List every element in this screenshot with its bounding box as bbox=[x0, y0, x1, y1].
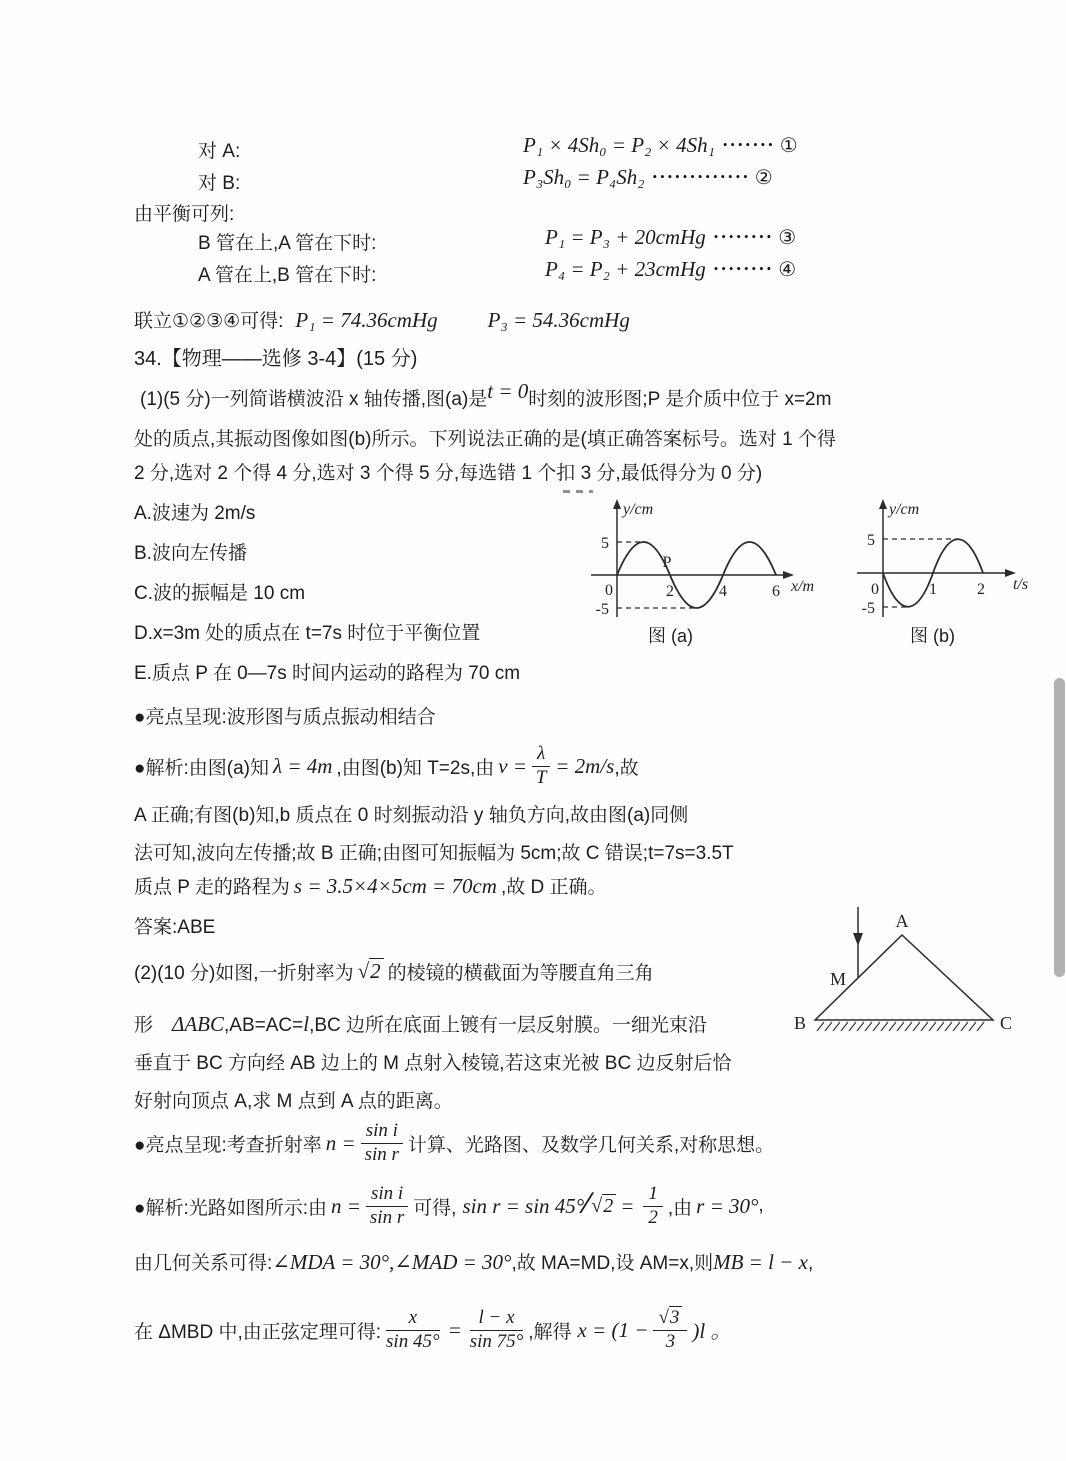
part1-line1: (1)(5 分)一列简谐横波沿 x 轴传播,图(a)是t = 0时刻的波形图;P… bbox=[140, 384, 831, 411]
point-p-label: P bbox=[663, 554, 672, 571]
eq-row-a-label: 对 A: bbox=[198, 136, 240, 163]
sqrt-2: √2 bbox=[591, 1195, 616, 1218]
fig-b-ytick-pos: 5 bbox=[867, 532, 875, 549]
eq-row-4-label: A 管在上,B 管在下时: bbox=[198, 260, 376, 287]
option-a: A.波速为 2m/s bbox=[134, 498, 255, 525]
sini-over-sinr: sin isin r bbox=[366, 1184, 408, 1228]
circled-3: ③ bbox=[778, 225, 796, 249]
lminusx-over-sin75: l − xsin 75° bbox=[470, 1308, 524, 1352]
vertex-b-label: B bbox=[794, 1013, 806, 1033]
division-slash: ∕ bbox=[585, 1189, 590, 1219]
conclusion-line: 联立①②③④可得:P₁ = 74.36cmHgP₃ = 54.36cmHg bbox=[134, 306, 630, 333]
part2-line3: 垂直于 BC 方向经 AB 边上的 M 点射入棱镜,若这束光被 BC 边反射后恰 bbox=[134, 1048, 731, 1075]
option-b: B.波向左传播 bbox=[134, 538, 247, 565]
t0-formula: t = 0 bbox=[487, 379, 528, 403]
reflective-film-hatching bbox=[817, 1022, 984, 1031]
document-page: 对 A: P₁ × 4Sh₀ = P₂ × 4Sh₁•••••••① 对 B: … bbox=[0, 0, 1066, 1461]
sqrt3-over-3: √33 bbox=[653, 1308, 687, 1352]
circled-1: ① bbox=[780, 133, 798, 157]
option-c: C.波的振幅是 10 cm bbox=[134, 578, 305, 605]
analysis-1-line2: A 正确;有图(b)知,b 质点在 0 时刻振动沿 y 轴负方向,故由图(a)同… bbox=[134, 800, 688, 827]
point-m-label: M bbox=[830, 969, 846, 989]
highlight-2: ●亮点呈现:考查折射率n =sin isin r计算、光路图、及数学几何关系,对… bbox=[134, 1117, 774, 1169]
dot-leader: ••••••• bbox=[723, 137, 776, 152]
eq-row-b-formula: P₃Sh₀ = P₄Sh₂•••••••••••••② bbox=[523, 165, 773, 190]
dot-leader: •••••••• bbox=[714, 261, 774, 276]
fig-b-ytick-neg: -5 bbox=[862, 600, 875, 617]
highlight-1: ●亮点呈现:波形图与质点振动相结合 bbox=[134, 702, 436, 729]
ray-arrowhead bbox=[853, 933, 863, 946]
prism-diagram: A B C M bbox=[780, 895, 1040, 1045]
fig-b-caption: 图 (b) bbox=[910, 622, 955, 648]
vertex-c-label: C bbox=[1000, 1013, 1012, 1033]
scrollbar-thumb[interactable] bbox=[1054, 678, 1065, 977]
question-heading: 34.【物理——选修 3-4】(15 分) bbox=[134, 342, 417, 371]
part2-line1: (2)(10 分)如图,一折射率为√2的棱镜的横截面为等腰直角三角 bbox=[134, 950, 654, 992]
y-axis-arrow bbox=[879, 499, 887, 509]
dot-leader: •••••••• bbox=[714, 229, 774, 244]
fig-a-ytick-pos: 5 bbox=[601, 535, 609, 552]
fig-b-xtick-0: 0 bbox=[871, 581, 879, 598]
part1-line3: 2 分,选对 2 个得 4 分,选对 3 个得 5 分,每选错 1 个扣 3 分… bbox=[134, 458, 762, 485]
circled-4: ④ bbox=[778, 257, 796, 281]
fig-a-ylabel: y/cm bbox=[621, 501, 653, 518]
part2-line2: 形 ΔABC,AB=AC=l,BC 边所在底面上镀有一层反射膜。一细光束沿 bbox=[134, 1010, 707, 1037]
part2-line4: 好射向顶点 A,求 M 点到 A 点的距离。 bbox=[134, 1086, 453, 1113]
analysis-1-line1: ●解析:由图(a)知λ = 4m,由图(b)知 T=2s,由v =λT= 2m/… bbox=[134, 740, 639, 792]
analysis-2-line3: 在 ΔMBD 中,由正弦定理可得:xsin 45°=l − xsin 75°,解… bbox=[134, 1298, 731, 1362]
waveform-chart-a: 5 -5 0 2 4 6 y/cm x/m P bbox=[575, 492, 825, 622]
y-axis-arrow bbox=[613, 499, 621, 509]
fig-b-xtick-2: 2 bbox=[977, 581, 985, 598]
fig-a-ytick-neg: -5 bbox=[596, 601, 609, 618]
p3-result: P₃ = 54.36cmHg bbox=[488, 308, 630, 332]
sqrt-2: √2 bbox=[358, 959, 384, 984]
lambda-over-T: λT bbox=[532, 744, 550, 788]
analysis-2-line2: 由几何关系可得:∠MDA = 30°,∠MAD = 30°,故 MA=MD,设 … bbox=[134, 1248, 813, 1275]
waveform-chart-b: 5 -5 0 1 2 y/cm t/s bbox=[845, 492, 1045, 622]
option-d: D.x=3m 处的质点在 t=7s 时位于平衡位置 bbox=[134, 618, 480, 645]
analysis-1-line3: 法可知,波向左传播;故 B 正确;由图可知振幅为 5cm;故 C 错误;t=7s… bbox=[134, 838, 734, 865]
eq-row-a-formula: P₁ × 4Sh₀ = P₂ × 4Sh₁•••••••① bbox=[523, 133, 798, 158]
eq-row-3-label: B 管在上,A 管在下时: bbox=[198, 228, 376, 255]
fig-a-xlabel: x/m bbox=[790, 578, 814, 595]
answer-line: 答案:ABE bbox=[134, 912, 215, 939]
x-over-sin45: xsin 45° bbox=[386, 1308, 440, 1352]
fig-a-xtick-6: 6 bbox=[772, 583, 780, 600]
option-e: E.质点 P 在 0—7s 时间内运动的路程为 70 cm bbox=[134, 658, 520, 685]
fig-b-xtick-1: 1 bbox=[929, 581, 937, 598]
part1-line2: 处的质点,其振动图像如图(b)所示。下列说法正确的是(填正确答案标号。选对 1 … bbox=[134, 424, 836, 451]
sini-over-sinr: sin isin r bbox=[361, 1121, 403, 1165]
one-half-fraction: 12 bbox=[643, 1184, 663, 1228]
fig-a-xtick-2: 2 bbox=[666, 583, 674, 600]
analysis-2-line1: ●解析:光路如图所示:由n =sin isin r可得,sin r = sin … bbox=[134, 1178, 764, 1234]
eq-row-4-formula: P₄ = P₂ + 23cmHg••••••••④ bbox=[545, 257, 796, 282]
balance-heading: 由平衡可列: bbox=[134, 199, 234, 226]
vertex-a-label: A bbox=[896, 911, 909, 931]
dot-leader: ••••••••••••• bbox=[653, 169, 751, 184]
p1-result: P₁ = 74.36cmHg bbox=[295, 308, 437, 332]
fig-a-xtick-4: 4 bbox=[719, 583, 727, 600]
eq-row-3-formula: P₁ = P₃ + 20cmHg••••••••③ bbox=[545, 225, 796, 250]
fig-a-xtick-0: 0 bbox=[605, 582, 613, 599]
analysis-1-line4: 质点 P 走的路程为s = 3.5×4×5cm = 70cm,故 D 正确。 bbox=[134, 872, 607, 899]
eq-row-b-label: 对 B: bbox=[198, 168, 240, 195]
circled-2: ② bbox=[755, 165, 773, 189]
fig-a-caption: 图 (a) bbox=[648, 622, 693, 648]
fig-b-xlabel: t/s bbox=[1013, 576, 1028, 593]
fig-b-ylabel: y/cm bbox=[887, 501, 919, 518]
